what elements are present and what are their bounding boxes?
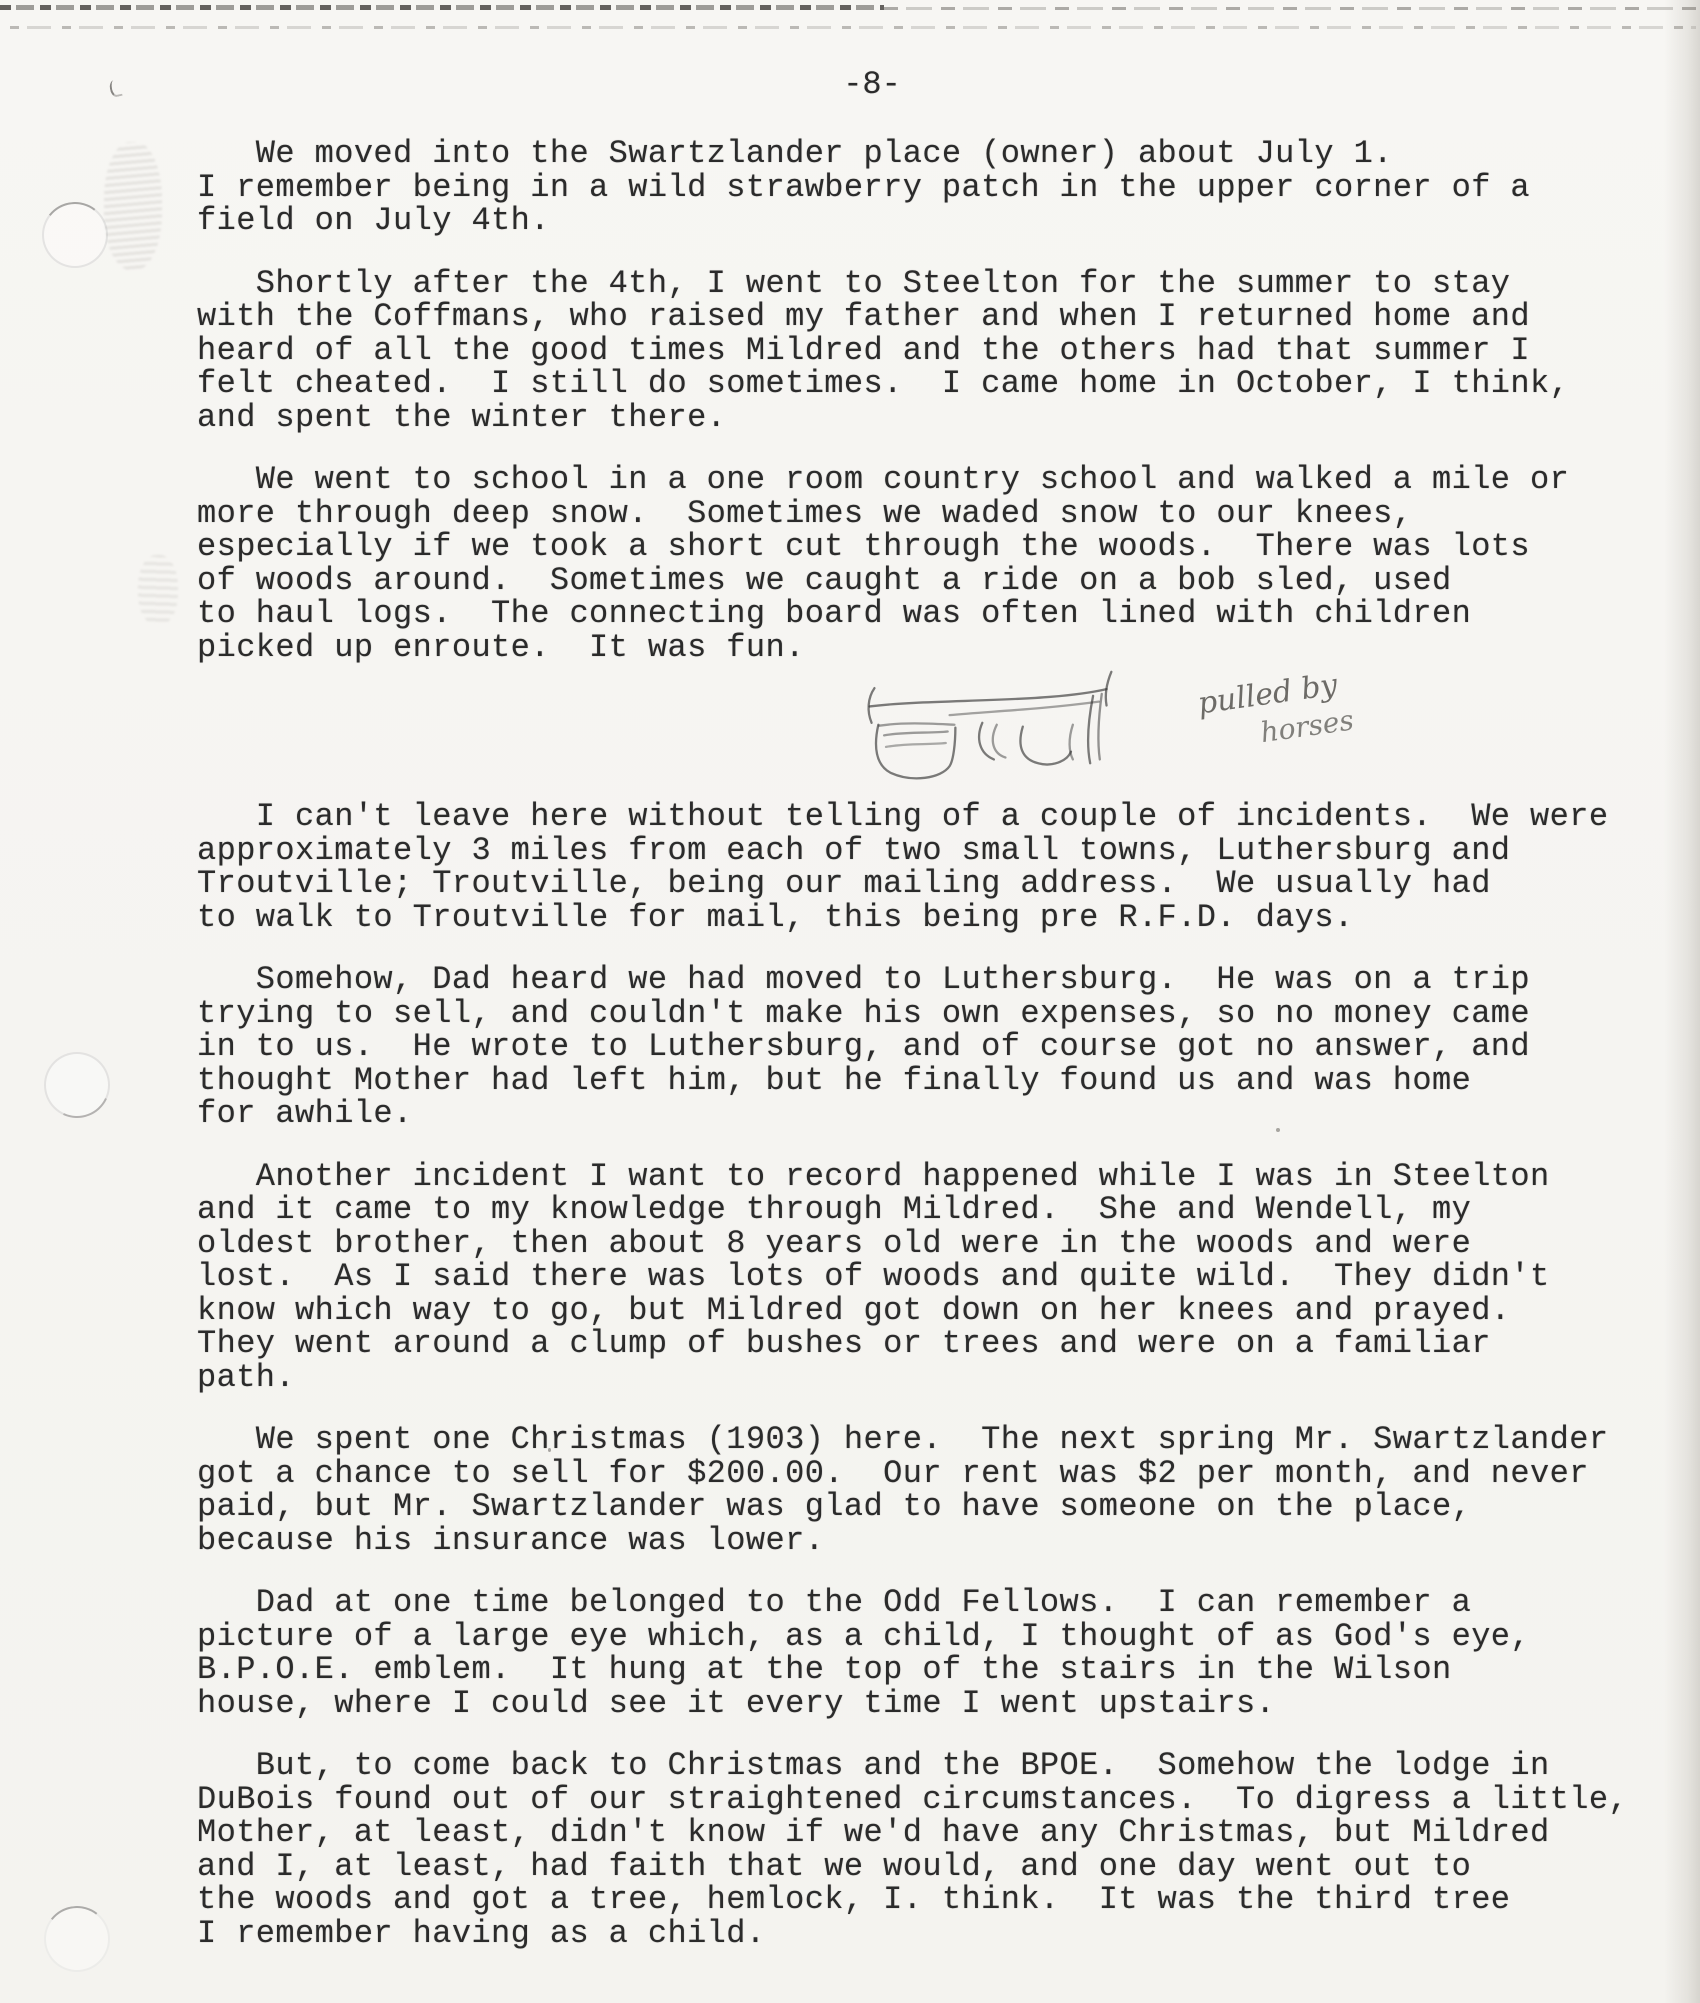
handwritten-note: pulled by horses [1196, 667, 1356, 758]
scan-smudge [138, 555, 178, 625]
scan-artifact-line [10, 26, 1696, 29]
paragraph-8: Dad at one time belonged to the Odd Fell… [197, 1586, 1617, 1720]
punch-hole [44, 1906, 110, 1972]
paragraph-4: I can't leave here without telling of a … [197, 800, 1617, 934]
paragraph-9: But, to come back to Christmas and the B… [197, 1749, 1617, 1950]
punch-hole [44, 1052, 110, 1118]
paragraph-7: We spent one Christmas (1903) here. The … [197, 1423, 1617, 1557]
paragraph-2: Shortly after the 4th, I went to Steelto… [197, 267, 1617, 435]
sketch-row: pulled by horses [197, 693, 1617, 800]
page-number: -8- [0, 68, 1700, 102]
scan-artifact-line [884, 7, 1700, 10]
paragraph-1: We moved into the Swartzlander place (ow… [197, 137, 1617, 238]
text-block: We moved into the Swartzlander place (ow… [197, 137, 1617, 1979]
scan-edge-shade [1664, 0, 1700, 2003]
scan-smudge [104, 142, 162, 270]
paragraph-3: We went to school in a one room country … [197, 463, 1617, 664]
scan-artifact-line [0, 5, 884, 10]
bob-sled-sketch [852, 666, 1182, 796]
punch-hole [42, 202, 108, 268]
paragraph-5: Somehow, Dad heard we had moved to Luthe… [197, 963, 1617, 1131]
paragraph-6: Another incident I want to record happen… [197, 1160, 1617, 1395]
scanned-memoir-page: -8- We moved into the Swartzlander place… [0, 0, 1700, 2003]
